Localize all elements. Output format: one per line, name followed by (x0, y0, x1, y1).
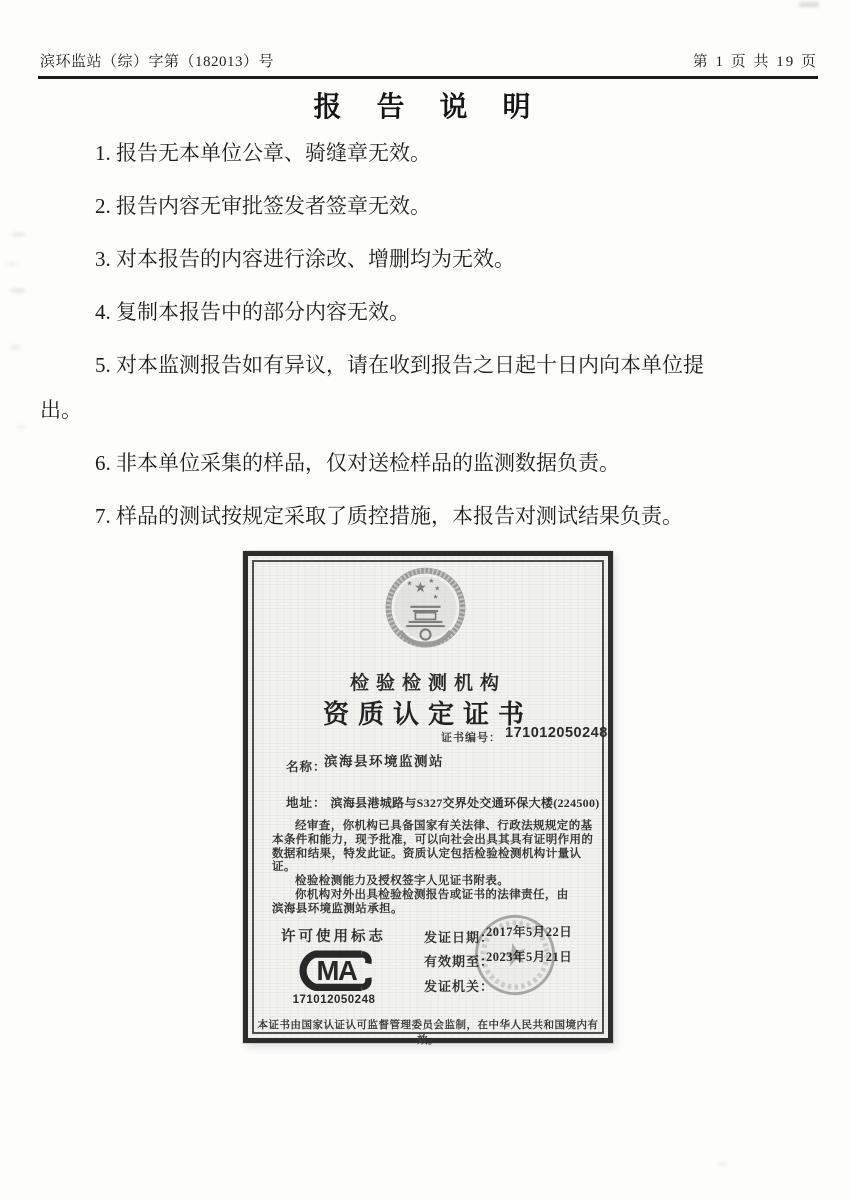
certificate-title-line1: 检验检测机构 (248, 668, 608, 695)
issuer-stamp (465, 905, 565, 1005)
address-value: 滨海县港城路与S327交界处交通环保大楼(224500) (331, 796, 600, 810)
name-value: 滨海县环境监测站 (324, 750, 444, 770)
body-paragraph-2: 检验检测能力及授权签字人见证书附表。 (272, 875, 598, 889)
cma-logo-icon: MA (288, 946, 382, 994)
certificate-number-value: 171012050248 (505, 725, 608, 741)
cma-qualification-certificate: 检验检测机构 资质认定证书 证书编号： 171012050248 名称： 滨海县… (243, 551, 613, 1043)
header-rule (38, 76, 818, 79)
cma-number: 171012050248 (282, 994, 386, 1006)
cma-letters: MA (317, 955, 358, 986)
scan-artifact (7, 262, 17, 266)
certificate-footer-note: 本证书由国家认证认可监督管理委员会监制，在中华人民共和国境内有效。 (248, 1017, 608, 1047)
national-emblem-icon (383, 567, 467, 655)
name-label: 名称： (286, 757, 327, 775)
scan-artifact (16, 425, 26, 429)
page-title: 报 告 说 明 (0, 85, 850, 125)
note-item-1: 1. 报告无本单位公章、骑缝章无效。 (40, 131, 814, 176)
scan-artifact (10, 288, 26, 293)
certificate-body-text: 经审查，你机构已具备国家有关法律、行政法规规定的基本条件和能力，现予批准，可以向… (272, 820, 598, 917)
address-label: 地址： (286, 796, 327, 810)
note-item-7: 7. 样品的测试按规定采取了质控措施，本报告对测试结果负责。 (40, 494, 814, 539)
page-number: 第 1 页 共 19 页 (693, 50, 818, 71)
note-item-5: 5. 对本监测报告如有异议，请在收到报告之日起十日内向本单位提 出。 (40, 343, 814, 433)
scan-artifact (799, 2, 819, 7)
scan-artifact (9, 345, 21, 350)
note-item-6: 6. 非本单位采集的样品，仅对送检样品的监测数据负责。 (40, 441, 814, 486)
body-paragraph-1: 经审查，你机构已具备国家有关法律、行政法规规定的基本条件和能力，现予批准，可以向… (272, 820, 598, 875)
license-mark-label: 许可使用标志 (281, 925, 386, 946)
certificate-number-label: 证书编号： (441, 732, 501, 744)
report-notes-list: 1. 报告无本单位公章、骑缝章无效。 2. 报告内容无审批签发者签章无效。 3.… (40, 131, 814, 547)
note-item-3: 3. 对本报告的内容进行涂改、增删均为无效。 (40, 237, 814, 282)
scan-artifact (12, 232, 26, 237)
note-item-2: 2. 报告内容无审批签发者签章无效。 (40, 184, 814, 229)
document-number: 滨环监站（综）字第（182013）号 (40, 50, 274, 71)
scan-artifact (718, 1162, 727, 1166)
scanned-report-page: { "header": { "doc_number": "滨环监站（综）字第（1… (0, 0, 850, 1200)
note-item-4: 4. 复制本报告中的部分内容无效。 (40, 290, 814, 335)
certificate-number-row: 证书编号： 171012050248 (441, 728, 608, 746)
address-row: 地址： 滨海县港城路与S327交界处交通环保大楼(224500) (286, 793, 600, 812)
